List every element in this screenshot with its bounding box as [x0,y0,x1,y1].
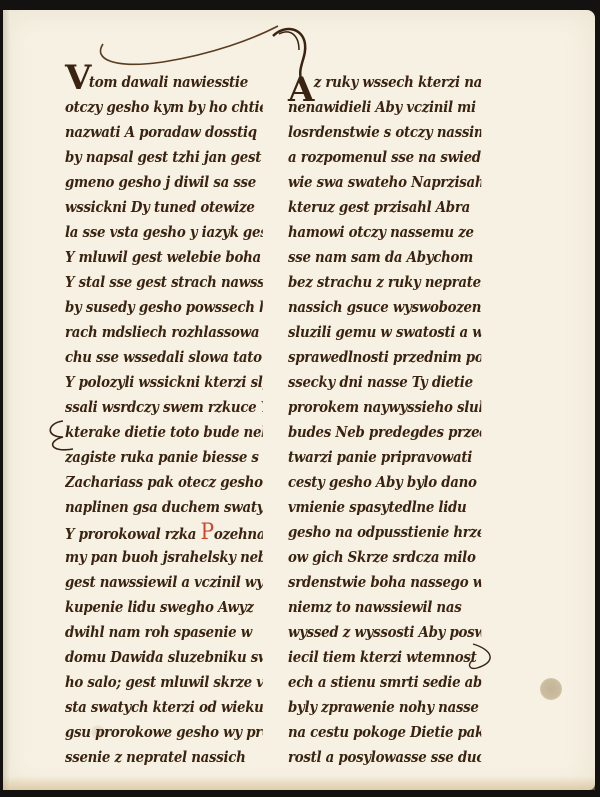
text-line: na cestu pokoge Dietie pak [288,720,481,745]
text-line: niemz to nawssiewil nas [288,595,481,620]
text-line: losrdenstwie s otczy nassimi [288,120,481,145]
text-line: a rozpomenul sse na swiedect [288,145,481,170]
edge-stain [3,776,595,790]
text-line: by susedy gesho powssech ho [65,295,263,320]
text-line: vmienie spasytedlne lidu [288,495,481,520]
page-gutter [3,10,11,790]
text-line: Y polozyli wssickni kterzi sly [65,370,263,395]
text-line: z ruky wssech kterzi nas [288,70,481,95]
text-line: by napsal gest tzhi jan gest [65,145,263,170]
text-line: bez strachu z ruky nepratel [288,270,481,295]
text-line: rach mdsliech rozhlassowa [65,320,263,345]
text-line: budes Neb predegdes przed [288,420,481,445]
text-line: kterake dietie toto bude neb [65,420,263,445]
text-line: sprawedlnosti przednim pow [288,345,481,370]
text-line: hamowi otczy nassemu ze [288,220,481,245]
text-line: nazwati A poradaw dosstiq [65,120,263,145]
text-line: rostl a posylowasse sse duche [288,745,481,770]
text-line: kupenie lidu swegho Awyz [65,595,263,620]
manuscript-page: V A tom dawali nawiesstie otczy gesho ky… [3,10,595,790]
text-line: gest nawssiewil a vczinil wy [65,570,263,595]
text-line: ssecky dni nasse Ty dietie [288,370,481,395]
text-line: naplinen gsa duchem swatym [65,495,263,520]
text-line: wyssed z wyssosti Aby posw [288,620,481,645]
text-line: la sse vsta gesho y iazyk gesho [65,220,263,245]
text-line: sta swatych kterzi od wieku [65,695,263,720]
text-line: iecil tiem kterzi wtemnost [288,645,481,670]
text-line: domu Dawida sluzebniku swe [65,645,263,670]
text-line: byly zprawenie nohy nasse [288,695,481,720]
text-line: my pan buoh jsrahelsky neb [65,545,263,570]
text-line: dwihl nam roh spasenie w [65,620,263,645]
text-segment: ozehna [214,526,263,543]
text-line: otczy gesho kym by ho chtiel [65,95,263,120]
left-text-column: tom dawali nawiesstie otczy gesho kym by… [65,70,280,770]
text-line: gsu prorokowe gesho wy pro [65,720,263,745]
text-line: nenawidieli Aby vczinil mi [288,95,481,120]
text-line: wie swa swateho Naprzisahu [288,170,481,195]
text-line: Y stal sse gest strach nawssed [65,270,263,295]
text-line: cesty gesho Aby bylo dano [288,470,481,495]
text-line: gmeno gesho j diwil sa sse [65,170,263,195]
text-line: kteruz gest przisahl Abra [288,195,481,220]
text-line: nassich gsuce wyswobozeni [288,295,481,320]
text-line: twarzi panie pripravowati [288,445,481,470]
text-line: wssickni Dy tuned otewize [65,195,263,220]
text-line: chu sse wssedali slowa tato [65,345,263,370]
text-line: srdenstwie boha nassego w [288,570,481,595]
text-line: sse nam sam da Abychom [288,245,481,270]
text-line: ech a stienu smrti sedie aby [288,670,481,695]
text-line: Zachariass pak otecz gesho [65,470,263,495]
text-line: ssenie z nepratel nassich [65,745,263,770]
text-line: ho salo; gest mluwil skrze v [65,670,263,695]
top-left-flourish [83,24,283,74]
text-line: ssali wsrdczy swem rzkuce Y [65,395,263,420]
text-line: ow gich Skrze srdcza milo [288,545,481,570]
right-text-column: z ruky wssech kterzi nas nenawidieli Aby… [288,70,498,770]
text-line-with-rubric: Y prorokowal rzka Pozehna [65,520,263,545]
rubric-initial-p: P [200,520,213,545]
text-line: Y mluwil gest welebie boha [65,245,263,270]
text-line: tom dawali nawiesstie [65,70,263,95]
text-segment: Y prorokowal rzka [65,526,196,543]
text-line: gesho na odpusstienie hrzech [288,520,481,545]
text-line: zagiste ruka panie biesse s nim [65,445,263,470]
ink-spot [540,678,562,700]
text-line: sluzili gemu w swatosti a w [288,320,481,345]
text-line: prorokem naywyssieho slula [288,395,481,420]
